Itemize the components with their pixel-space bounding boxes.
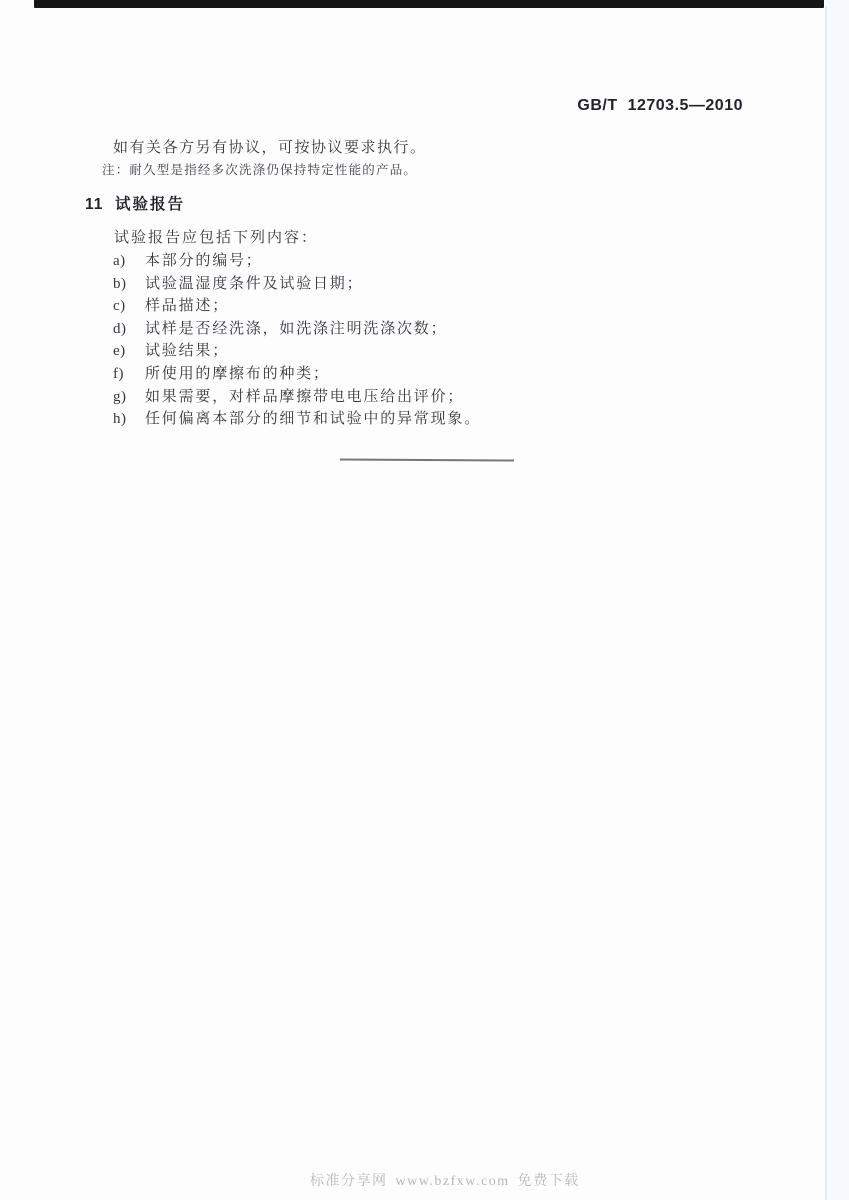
item-text: 样品描述；: [145, 295, 229, 318]
item-letter: g): [113, 386, 145, 409]
standard-code-header: GB/T 12703.5—2010: [577, 97, 743, 115]
list-item-d: d) 试样是否经洗涤，如洗涤注明洗涤次数；: [113, 318, 733, 341]
section-number: 11: [85, 196, 115, 214]
item-letter: b): [113, 273, 145, 296]
agreement-paragraph: 如有关各方另有协议，可按协议要求执行。: [113, 136, 427, 157]
list-item-c: c) 样品描述；: [113, 295, 733, 318]
item-letter: h): [113, 408, 145, 431]
page-edge-line: [825, 6, 827, 1200]
list-item-a: a) 本部分的编号；: [113, 250, 733, 273]
item-letter: f): [113, 363, 145, 386]
item-letter: e): [113, 340, 145, 363]
item-text: 试验温湿度条件及试验日期；: [145, 273, 363, 296]
report-items-list: a) 本部分的编号； b) 试验温湿度条件及试验日期； c) 样品描述； d) …: [113, 250, 733, 431]
section-heading: 11试验报告: [85, 192, 185, 214]
list-item-e: e) 试验结果；: [113, 340, 733, 363]
list-item-f: f) 所使用的摩擦布的种类；: [113, 363, 733, 386]
list-item-g: g) 如果需要，对样品摩擦带电电压给出评价；: [113, 386, 733, 409]
item-text: 如果需要，对样品摩擦带电电压给出评价；: [145, 386, 464, 409]
item-text: 试验结果；: [145, 340, 229, 363]
watermark-text: 标准分享网 www.bzfxw.com 免费下载: [310, 1170, 580, 1190]
item-text: 试样是否经洗涤，如洗涤注明洗涤次数；: [145, 318, 447, 341]
durability-note: 注：耐久型是指经多次洗涤仍保持特定性能的产品。: [102, 160, 417, 178]
item-letter: c): [113, 295, 145, 318]
list-item-h: h) 任何偏离本部分的细节和试验中的异常现象。: [113, 408, 733, 431]
end-of-document-rule: [340, 458, 514, 461]
item-letter: d): [113, 318, 145, 341]
list-item-b: b) 试验温湿度条件及试验日期；: [113, 273, 733, 296]
item-text: 本部分的编号；: [145, 250, 263, 273]
page-right-margin: [827, 0, 849, 1200]
item-text: 所使用的摩擦布的种类；: [145, 363, 330, 386]
report-list-intro: 试验报告应包括下列内容：: [114, 226, 318, 247]
item-text: 任何偏离本部分的细节和试验中的异常现象。: [145, 408, 481, 431]
item-letter: a): [113, 250, 145, 273]
document-page: GB/T 12703.5—2010 如有关各方另有协议，可按协议要求执行。 注：…: [0, 0, 849, 1200]
section-title: 试验报告: [115, 196, 185, 213]
scan-edge-bar: [34, 0, 824, 8]
